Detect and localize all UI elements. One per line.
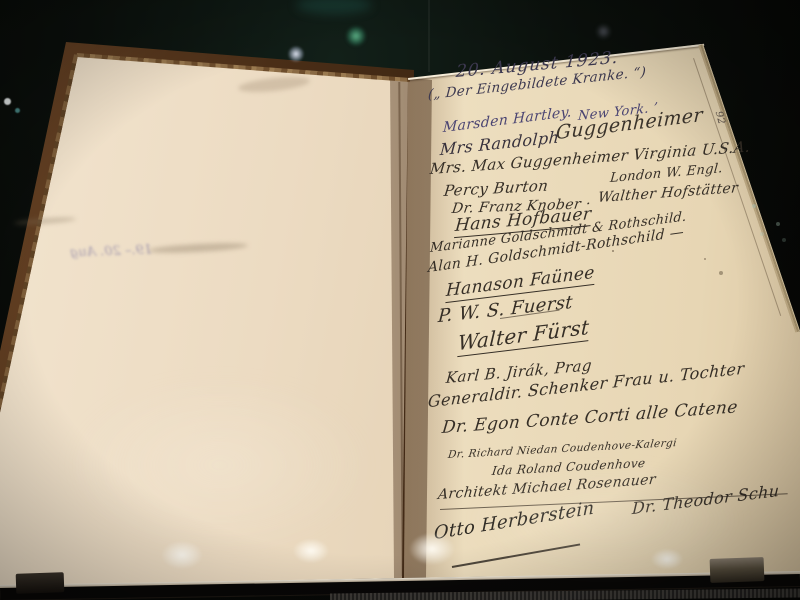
glare-spot (160, 540, 204, 570)
paper-specks (612, 250, 614, 252)
glass-reflection-line (428, 0, 430, 72)
museum-photo: 19.– 20. Aug 20. August 1923. („ Der Ein… (0, 0, 800, 600)
bokeh-light-teal (296, 0, 372, 14)
glare-spot (650, 548, 684, 570)
glare-spot (292, 538, 330, 564)
bokeh-light-grey (596, 24, 611, 39)
glass-sheen (40, 360, 400, 570)
glass-sheen (440, 450, 770, 590)
glare-spot (408, 532, 456, 566)
bleedthrough-date: 19.– 20. Aug (70, 243, 153, 261)
glass-sparkles (752, 204, 756, 208)
stand-clip-left (16, 572, 65, 594)
glass-glint (15, 108, 20, 113)
bokeh-light-white (288, 46, 304, 62)
bokeh-light-green (346, 26, 366, 46)
glass-glint (4, 98, 11, 105)
